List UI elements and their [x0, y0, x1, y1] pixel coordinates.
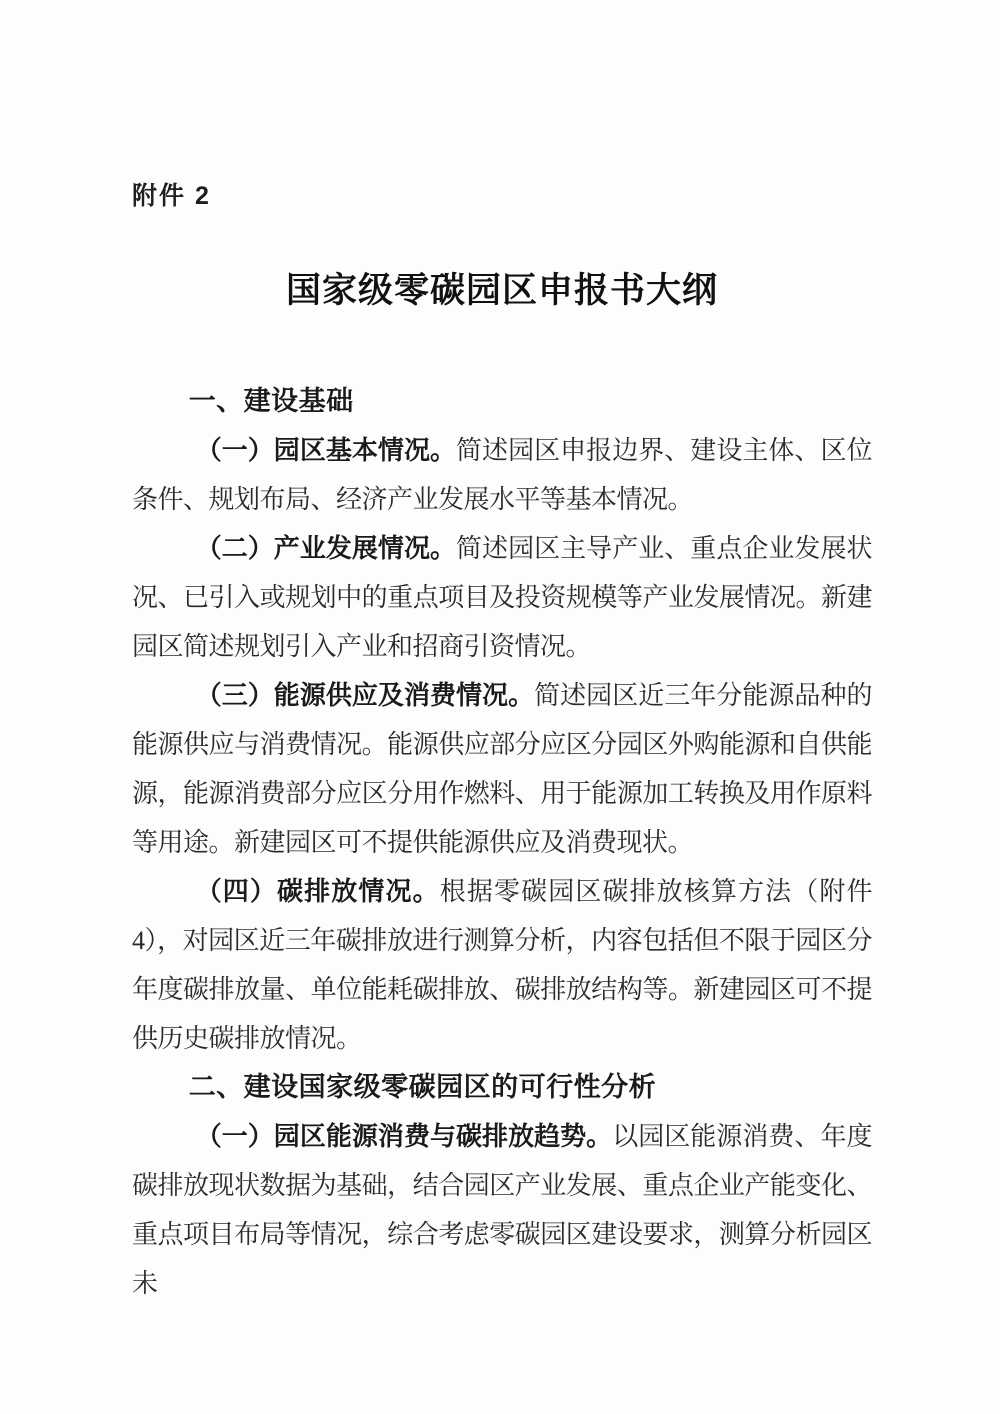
paragraph-lead: （一）园区能源消费与碳排放趋势。 — [196, 1121, 613, 1151]
document-page: 附件 2 国家级零碳园区申报书大纲 一、建设基础 （一）园区基本情况。简述园区申… — [0, 0, 1000, 1414]
section-1-paragraph-2: （二）产业发展情况。简述园区主导产业、重点企业发展状况、已引入或规划中的重点项目… — [132, 524, 872, 671]
section-1-paragraph-3: （三）能源供应及消费情况。简述园区近三年分能源品种的能源供应与消费情况。能源供应… — [132, 671, 872, 867]
section-2-heading: 二、建设国家级零碳园区的可行性分析 — [132, 1063, 872, 1112]
section-1-paragraph-4: （四）碳排放情况。根据零碳园区碳排放核算方法（附件 4），对园区近三年碳排放进行… — [132, 867, 872, 1063]
paragraph-lead: （二）产业发展情况。 — [196, 533, 456, 563]
section-1-paragraph-1: （一）园区基本情况。简述园区申报边界、建设主体、区位条件、规划布局、经济产业发展… — [132, 426, 872, 524]
section-2-paragraph-1: （一）园区能源消费与碳排放趋势。以园区能源消费、年度碳排放现状数据为基础，结合园… — [132, 1112, 872, 1308]
document-body: 一、建设基础 （一）园区基本情况。简述园区申报边界、建设主体、区位条件、规划布局… — [132, 377, 872, 1308]
paragraph-lead: （一）园区基本情况。 — [196, 435, 456, 465]
document-title: 国家级零碳园区申报书大纲 — [132, 270, 872, 312]
section-1-heading: 一、建设基础 — [132, 377, 872, 426]
paragraph-lead: （四）碳排放情况。 — [196, 876, 440, 906]
paragraph-lead: （三）能源供应及消费情况。 — [196, 680, 534, 710]
attachment-label: 附件 2 — [132, 183, 872, 209]
